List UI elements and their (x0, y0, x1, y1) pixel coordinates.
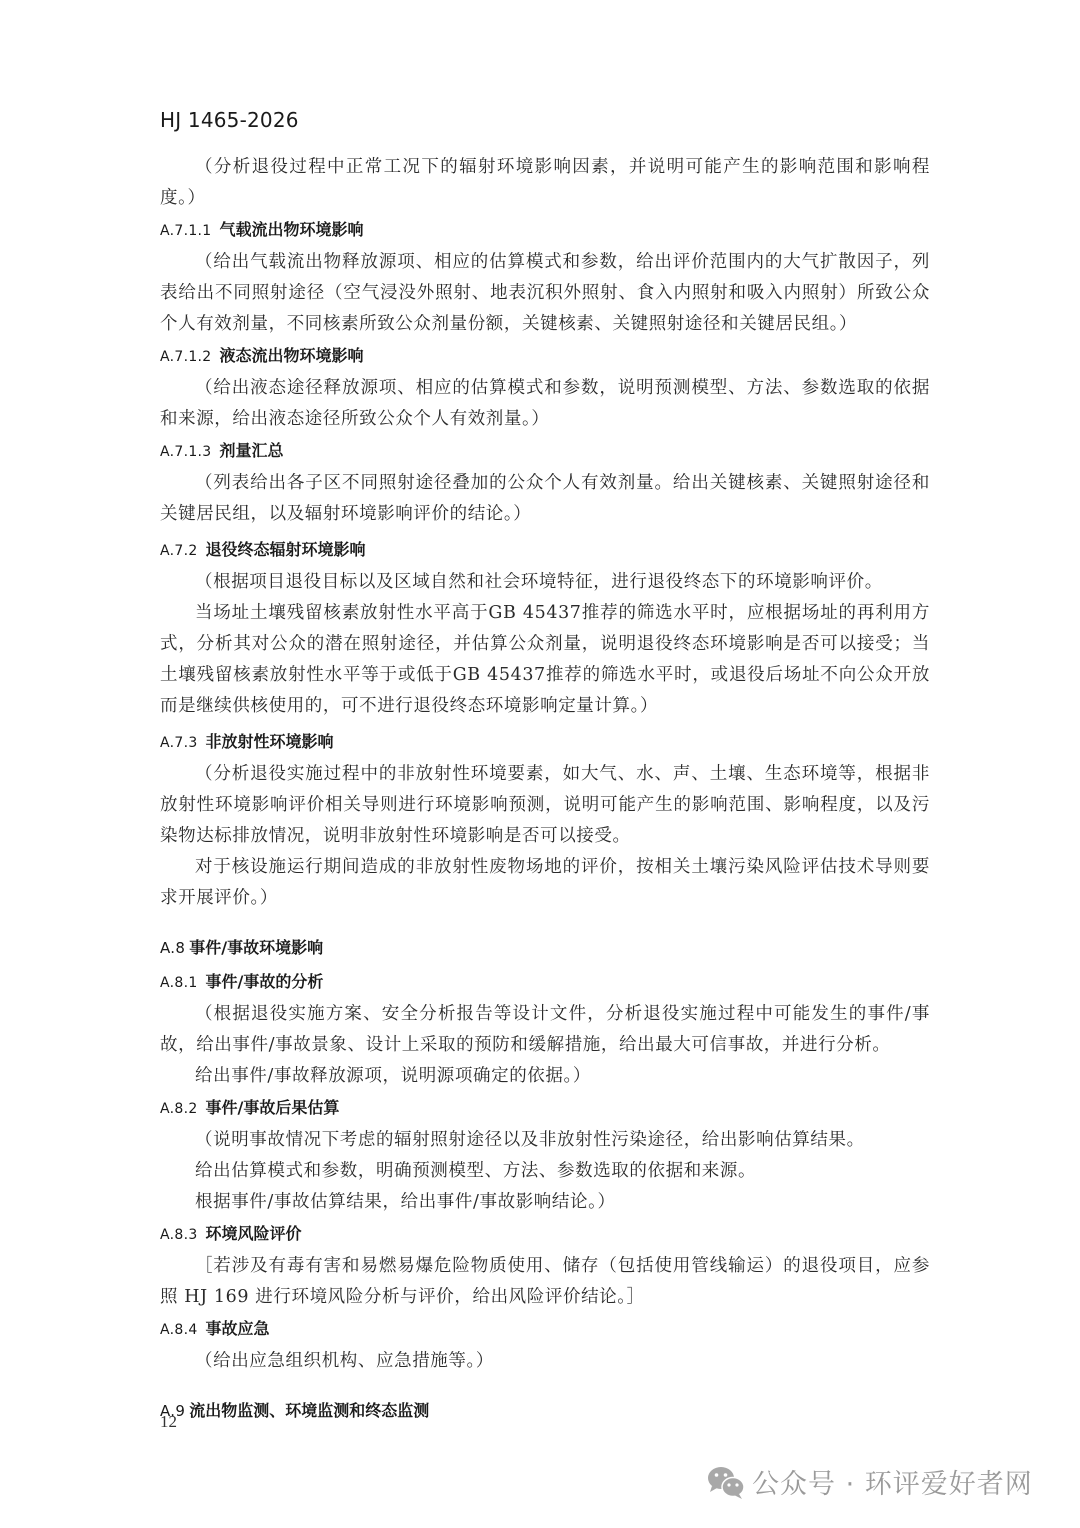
paragraph: 对于核设施运行期间造成的非放射性废物场地的评价，按相关土壤污染风险评估技术导则要… (160, 852, 930, 914)
document-code: HJ 1465-2026 (160, 108, 299, 132)
section-number: A.7.3 (160, 735, 198, 751)
section-number: A.7.1.1 (160, 223, 212, 239)
section-heading-a72: A.7.2退役终态辐射环境影响 (160, 534, 930, 567)
section-title: 气载流出物环境影响 (220, 220, 364, 239)
watermark: 公众号 · 环评爱好者网 (706, 1462, 1033, 1501)
section-title: 环境风险评价 (206, 1224, 302, 1243)
section-heading-a711: A.7.1.1气载流出物环境影响 (160, 214, 930, 247)
paragraph: 根据事件/事故估算结果，给出事件/事故影响结论。） (160, 1187, 930, 1218)
section-heading-a73: A.7.3非放射性环境影响 (160, 726, 930, 759)
section-title: 剂量汇总 (220, 441, 284, 460)
section-number: A.7.1.3 (160, 444, 212, 460)
page-number: 12 (160, 1412, 177, 1432)
section-title: 退役终态辐射环境影响 (206, 540, 366, 559)
section-title: 事故应急 (206, 1319, 270, 1338)
section-number: A.8.1 (160, 975, 198, 991)
section-heading-a8: A.8事件/事故环境影响 (160, 932, 930, 964)
section-number: A.8.3 (160, 1227, 198, 1243)
paragraph: （根据项目退役目标以及区域自然和社会环境特征，进行退役终态下的环境影响评价。 (160, 567, 930, 598)
section-heading-a713: A.7.1.3剂量汇总 (160, 435, 930, 468)
section-heading-a83: A.8.3环境风险评价 (160, 1218, 930, 1251)
section-number: A.7.2 (160, 543, 198, 559)
section-title: 事件/事故后果估算 (206, 1098, 340, 1117)
section-heading-a712: A.7.1.2液态流出物环境影响 (160, 340, 930, 373)
paragraph: （分析退役实施过程中的非放射性环境要素，如大气、水、声、土壤、生态环境等，根据非… (160, 759, 930, 852)
section-heading-a81: A.8.1事件/事故的分析 (160, 966, 930, 999)
section-number: A.8.2 (160, 1101, 198, 1117)
section-number: A.8 (160, 939, 185, 957)
section-heading-a82: A.8.2事件/事故后果估算 (160, 1092, 930, 1125)
paragraph: （分析退役过程中正常工况下的辐射环境影响因素，并说明可能产生的影响范围和影响程度… (160, 152, 930, 214)
section-title: 事件/事故环境影响 (189, 938, 323, 957)
paragraph: （根据退役实施方案、安全分析报告等设计文件，分析退役实施过程中可能发生的事件/事… (160, 999, 930, 1061)
paragraph: （说明事故情况下考虑的辐射照射途径以及非放射性污染途径，给出影响估算结果。 (160, 1125, 930, 1156)
section-title: 液态流出物环境影响 (220, 346, 364, 365)
section-heading-a84: A.8.4事故应急 (160, 1313, 930, 1346)
document-page: HJ 1465-2026 （分析退役过程中正常工况下的辐射环境影响因素，并说明可… (0, 0, 1080, 1528)
section-number: A.8.4 (160, 1322, 198, 1338)
paragraph: ［若涉及有毒有害和易燃易爆危险物质使用、储存（包括使用管线输运）的退役项目，应参… (160, 1251, 930, 1313)
wechat-icon (706, 1464, 746, 1500)
paragraph: 给出估算模式和参数，明确预测模型、方法、参数选取的依据和来源。 (160, 1156, 930, 1187)
document-body: （分析退役过程中正常工况下的辐射环境影响因素，并说明可能产生的影响范围和影响程度… (160, 152, 930, 1427)
section-heading-a9: A.9流出物监测、环境监测和终态监测 (160, 1395, 930, 1427)
section-title: 非放射性环境影响 (206, 732, 334, 751)
watermark-text: 公众号 · 环评爱好者网 (752, 1462, 1033, 1501)
paragraph: 给出事件/事故释放源项，说明源项确定的依据。） (160, 1061, 930, 1092)
paragraph: （给出气载流出物释放源项、相应的估算模式和参数，给出评价范围内的大气扩散因子，列… (160, 247, 930, 340)
section-title: 事件/事故的分析 (206, 972, 324, 991)
section-title: 流出物监测、环境监测和终态监测 (189, 1401, 429, 1420)
paragraph: 当场址土壤残留核素放射性水平高于GB 45437推荐的筛选水平时，应根据场址的再… (160, 598, 930, 722)
section-number: A.7.1.2 (160, 349, 212, 365)
paragraph: （列表给出各子区不同照射途径叠加的公众个人有效剂量。给出关键核素、关键照射途径和… (160, 468, 930, 530)
paragraph: （给出液态途径释放源项、相应的估算模式和参数，说明预测模型、方法、参数选取的依据… (160, 373, 930, 435)
paragraph: （给出应急组织机构、应急措施等。） (160, 1346, 930, 1377)
